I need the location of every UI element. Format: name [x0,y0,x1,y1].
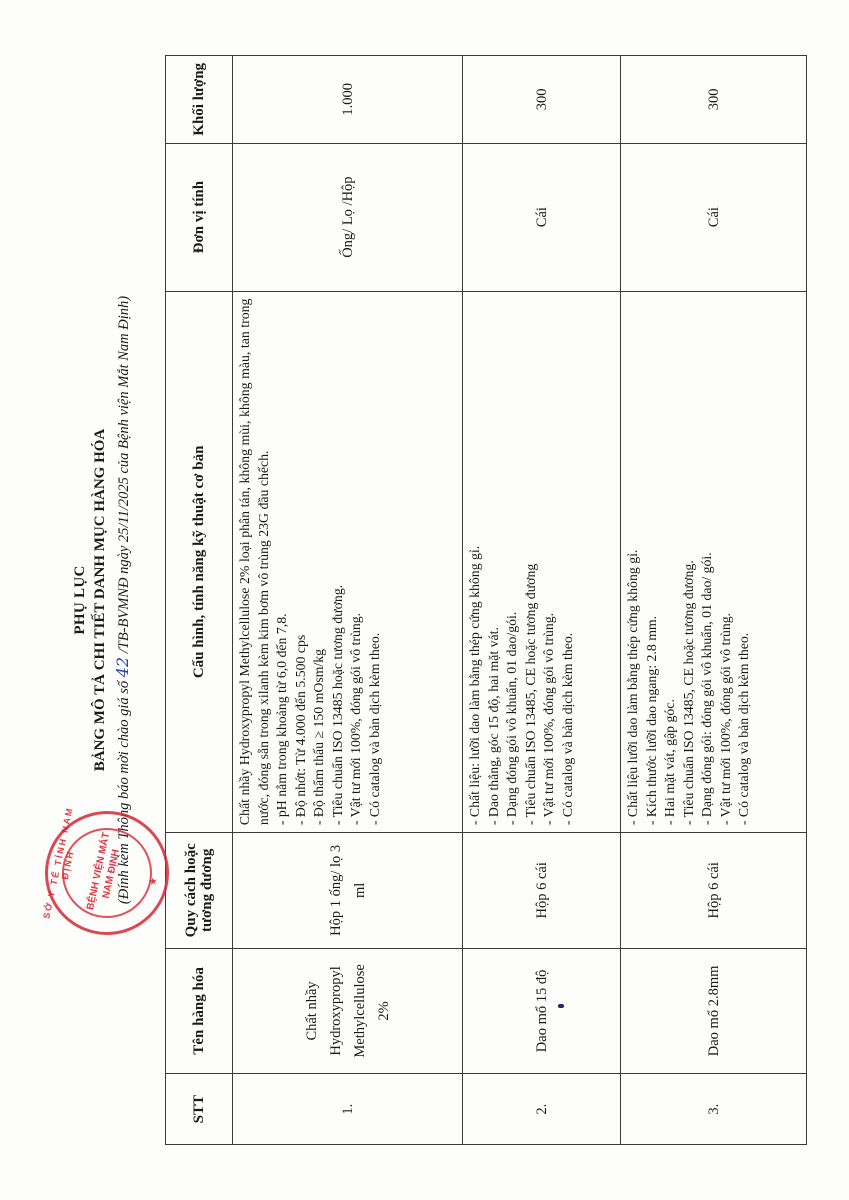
spec-line: - Có catalog và bản dịch kèm theo. [559,299,578,826]
spec-line: - Có catalog và bản dịch kèm theo. [366,299,385,826]
table-row: 1. Chất nhầy Hydroxypropyl Methylcellulo… [233,56,463,1145]
cell-quantity: 300 [621,56,807,144]
ink-mark [558,1004,564,1008]
table-header-row: STT Tên hàng hóa Quy cách hoặc tương đươ… [166,56,233,1145]
spec-line: - Vật tư mới 100%, đóng gói vô trùng. [717,299,736,826]
header-stt: STT [166,1074,233,1145]
document-page: PHỤ LỤC BẢNG MÔ TẢ CHI TIẾT DANH MỤC HÀN… [0,0,849,1200]
cell-quantity: 1.000 [233,56,463,144]
star-icon: ★ [147,876,160,887]
spec-line: - Tiêu chuẩn ISO 13485, CE hoặc tương đư… [680,299,699,826]
note-prefix: (Đính kèm Thông báo mời chào giá số [116,677,132,904]
spec-line: - Tiêu chuẩn ISO 13485 hoặc tương đương. [329,299,348,826]
spec-line: - Vật tư mới 100%, đóng gói vô trùng. [540,299,559,826]
spec-line: - Chất liệu: lưỡi dao làm bằng thép cứng… [466,299,485,826]
spec-line: - Có catalog và bản dịch kèm theo. [735,299,754,826]
cell-specs: - Chất liệu lưỡi dao làm bằng thép cứng … [621,291,807,833]
spec-line: - pH nằm trong khoảng từ 6,0 đến 7,8. [273,299,292,826]
cell-quantity: 300 [463,56,621,144]
header-name: Tên hàng hóa [166,948,233,1074]
table-row: 3. Dao mổ 2.8mm Hộp 6 cái - Chất liệu lư… [621,56,807,1145]
spec-line: - Hai mặt vát, gập góc. [661,299,680,826]
document-title: PHỤ LỤC [72,0,89,1200]
cell-stt: 1. [233,1074,463,1145]
cell-stt: 3. [621,1074,807,1145]
spec-line: - Kích thước lưỡi dao ngang: 2.8 mm. [643,299,662,826]
spec-line: - Vật tư mới 100%, đóng gói vô trùng. [347,299,366,826]
cell-packing: Hộp 6 cái [463,833,621,948]
header-packing: Quy cách hoặc tương đương [166,833,233,948]
cell-specs: - Chất liệu: lưỡi dao làm bằng thép cứng… [463,291,621,833]
handwritten-number: 42 [113,657,132,677]
cell-unit: Cái [463,143,621,291]
spec-line: - Chất liệu lưỡi dao làm bằng thép cứng … [624,299,643,826]
cell-name: Dao mổ 2.8mm [621,948,807,1074]
header-specs: Cấu hình, tính năng kỹ thuật cơ bản [166,291,233,833]
header-quantity: Khối lượng [166,56,233,144]
spec-line: - Độ thẩm thấu ≥ 150 mOsm/kg [310,299,329,826]
spec-line: - Độ nhớt: Từ 4.000 đến 5.500 cps [292,299,311,826]
cell-packing: Hộp 1 ống/ lọ 3 ml [233,833,463,948]
spec-line: - Dạng đóng gói: đóng gói vô khuẩn, 01 d… [698,299,717,826]
cell-specs: Chất nhầy Hydroxypropyl Methylcellulose … [233,291,463,833]
spec-line: - Dạng đóng gói vô khuẩn, 01 dao/gói. [503,299,522,826]
document-subtitle: BẢNG MÔ TẢ CHI TIẾT DANH MỤC HÀNG HÓA [92,0,109,1200]
note-suffix: /TB-BVMNĐ ngày 25/11/2025 của Bệnh viện … [116,296,132,657]
cell-packing: Hộp 6 cái [621,833,807,948]
spec-line: - Dao thẳng, góc 15 độ, hai mặt vát. [485,299,504,826]
cell-name: Dao mổ 15 độ [463,948,621,1074]
document-reference-note: (Đính kèm Thông báo mời chào giá số 42 /… [113,0,133,1200]
cell-unit: Ống/ Lọ /Hộp [233,143,463,291]
cell-name: Chất nhầy Hydroxypropyl Methylcellulose … [233,948,463,1074]
cell-stt: 2. [463,1074,621,1145]
cell-unit: Cái [621,143,807,291]
header-unit: Đơn vị tính [166,143,233,291]
spec-line: Chất nhầy Hydroxypropyl Methylcellulose … [236,299,273,826]
table-row: 2. Dao mổ 15 độ Hộp 6 cái - Chất liệu: l… [463,56,621,1145]
goods-table: STT Tên hàng hóa Quy cách hoặc tương đươ… [165,55,807,1145]
spec-line: - Tiêu chuẩn ISO 13485, CE hoặc tương đư… [522,299,541,826]
